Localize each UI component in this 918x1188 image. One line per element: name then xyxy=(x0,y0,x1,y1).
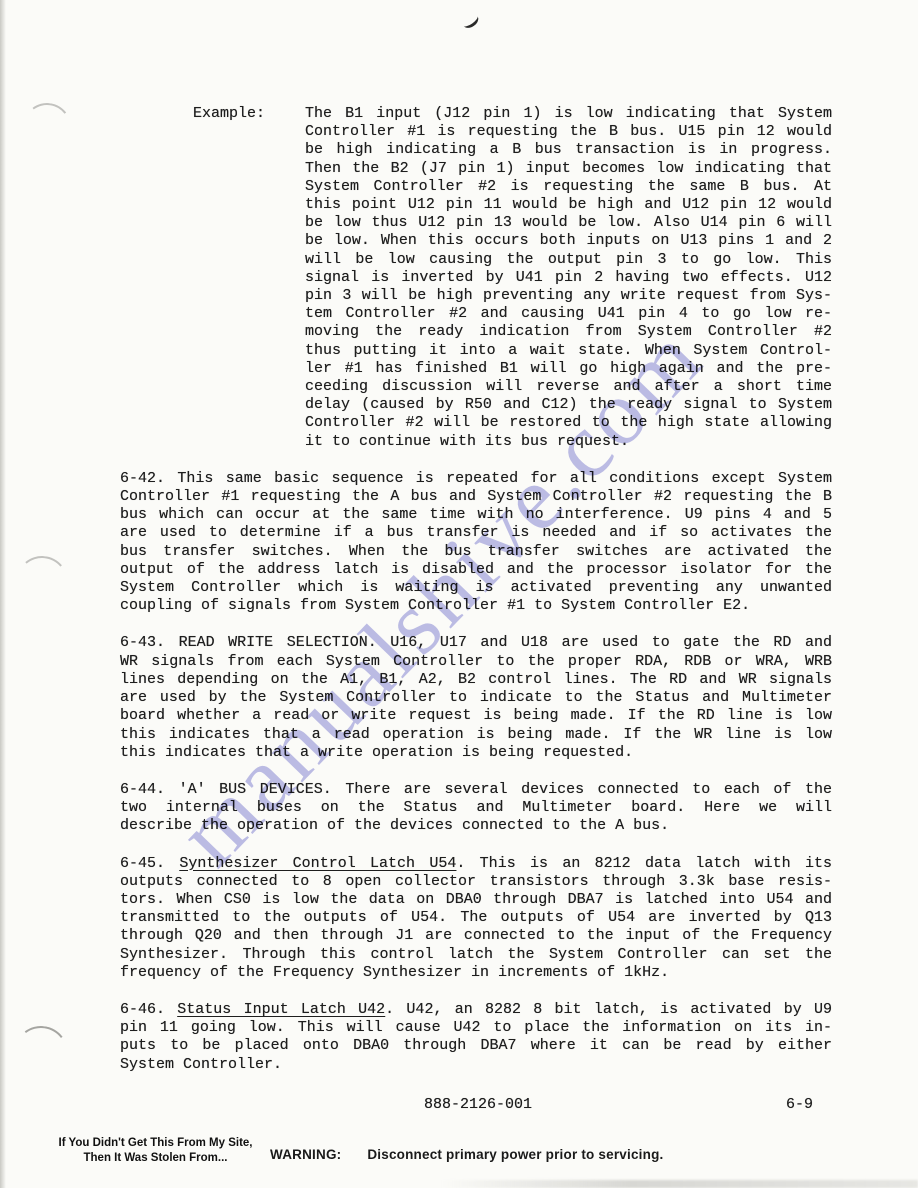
text-line: tors. When CS0 is low the data on DBA0 t… xyxy=(120,891,832,909)
example-block: Example: The B1 input (J12 pin 1) is low… xyxy=(120,105,832,451)
scan-edge-shadow xyxy=(0,0,6,1188)
warning-label: WARNING: xyxy=(270,1147,341,1162)
underlined-heading: Status Input Latch U42 xyxy=(177,1001,385,1018)
text-line: 6-45. Synthesizer Control Latch U54. Thi… xyxy=(120,855,832,873)
text-line: output of the address latch is disabled … xyxy=(120,561,832,579)
paragraphs-container: 6-42. This same basic sequence is repeat… xyxy=(120,470,832,1074)
text-line: outputs connected to 8 open collector tr… xyxy=(120,873,832,891)
text-line: frequency of the Frequency Synthesizer i… xyxy=(120,964,832,982)
paragraph-6-46: 6-46. Status Input Latch U42. U42, an 82… xyxy=(120,1001,832,1074)
text-line: this indicates that a write operation is… xyxy=(120,744,832,762)
text-line: coupling of signals from System Controll… xyxy=(120,597,832,615)
warning-note: WARNING:Disconnect primary power prior t… xyxy=(270,1147,663,1162)
text-line: ler #1 has finished B1 will go high agai… xyxy=(305,360,832,378)
text-line: The B1 input (J12 pin 1) is low indicati… xyxy=(305,105,832,123)
text-line: this indicates that a read operation is … xyxy=(120,726,832,744)
text-line: lines depending on the A1, B1, A2, B2 co… xyxy=(120,671,832,689)
text-line: transmitted to the outputs of U54. The o… xyxy=(120,909,832,927)
document-body: Example: The B1 input (J12 pin 1) is low… xyxy=(120,105,832,1093)
text-line: WR signals from each System Controller t… xyxy=(120,653,832,671)
paragraph-6-43: 6-43. READ WRITE SELECTION. U16, U17 and… xyxy=(120,634,832,761)
anti-theft-stamp: If You Didn't Get This From My Site, The… xyxy=(38,1136,273,1166)
paragraph-6-42: 6-42. This same basic sequence is repeat… xyxy=(120,470,832,616)
pen-mark xyxy=(460,11,481,31)
text-line: puts to be placed onto DBA0 through DBA7… xyxy=(120,1037,832,1055)
text-line: board whether a read or write request is… xyxy=(120,707,832,725)
paragraph-6-45: 6-45. Synthesizer Control Latch U54. Thi… xyxy=(120,855,832,982)
text-line: are used by the System Controller to ind… xyxy=(120,689,832,707)
text-line: will be low causing the output pin 3 to … xyxy=(305,251,832,269)
text-line: through Q20 and then through J1 are conn… xyxy=(120,927,832,945)
hole-punch-bottom xyxy=(11,1023,72,1084)
hole-punch-middle xyxy=(14,554,70,610)
text-line: pin 3 will be high preventing any write … xyxy=(305,287,832,305)
text-line: System Controller. xyxy=(120,1056,832,1074)
scan-smudge xyxy=(440,1180,918,1188)
text-line: Then the B2 (J7 pin 1) input becomes low… xyxy=(305,160,832,178)
text-line: bus transfer switches. When the bus tran… xyxy=(120,543,832,561)
warning-text: Disconnect primary power prior to servic… xyxy=(367,1147,663,1162)
text-line: 6-44. 'A' BUS DEVICES. There are several… xyxy=(120,781,832,799)
text-line: bus which can occur at the same time wit… xyxy=(120,506,832,524)
text-line: Controller #2 will be restored to the hi… xyxy=(305,414,832,432)
text-line: be low thus U12 pin 13 would be low. Als… xyxy=(305,214,832,232)
text-line: System Controller which is waiting is ac… xyxy=(120,579,832,597)
text-line: be low. When this occurs both inputs on … xyxy=(305,232,832,250)
text-line: Controller #1 requesting the A bus and S… xyxy=(120,488,832,506)
text-line: two internal buses on the Status and Mul… xyxy=(120,799,832,817)
text-line: 6-43. READ WRITE SELECTION. U16, U17 and… xyxy=(120,634,832,652)
text-line: pin 11 going low. This will cause U42 to… xyxy=(120,1019,832,1037)
text-line: tem Controller #2 and causing U41 pin 4 … xyxy=(305,305,832,323)
text-line: it to continue with its bus request. xyxy=(305,433,832,451)
text-line: this point U12 pin 11 would be high and … xyxy=(305,196,832,214)
page-number: 6-9 xyxy=(786,1096,813,1113)
text-line: ceeding discussion will reverse and afte… xyxy=(305,378,832,396)
text-line: be high indicating a B bus transaction i… xyxy=(305,141,832,159)
text-line: are used to determine if a bus transfer … xyxy=(120,524,832,542)
text-line: 6-42. This same basic sequence is repeat… xyxy=(120,470,832,488)
text-line: signal is inverted by U41 pin 2 having t… xyxy=(305,269,832,287)
paragraph-6-44: 6-44. 'A' BUS DEVICES. There are several… xyxy=(120,781,832,836)
example-paragraph: The B1 input (J12 pin 1) is low indicati… xyxy=(305,105,832,451)
text-line: moving the ready indication from System … xyxy=(305,323,832,341)
text-line: describe the operation of the devices co… xyxy=(120,817,832,835)
document-number: 888-2126-001 xyxy=(424,1096,532,1113)
text-line: Controller #1 is requesting the B bus. U… xyxy=(305,123,832,141)
stamp-line-1: If You Didn't Get This From My Site, xyxy=(38,1136,273,1151)
text-line: thus putting it into a wait state. When … xyxy=(305,342,832,360)
example-label: Example: xyxy=(193,105,265,123)
text-line: 6-46. Status Input Latch U42. U42, an 82… xyxy=(120,1001,832,1019)
underlined-heading: Synthesizer Control Latch U54 xyxy=(179,855,456,872)
text-line: delay (caused by R50 and C12) the ready … xyxy=(305,396,832,414)
scanned-manual-page: manualshive.com Example: The B1 input (J… xyxy=(0,0,918,1188)
stamp-line-2: Then It Was Stolen From... xyxy=(38,1151,273,1166)
hole-punch-top xyxy=(20,100,74,154)
text-line: System Controller #2 is requesting the s… xyxy=(305,178,832,196)
text-line: Synthesizer. Through this control latch … xyxy=(120,946,832,964)
